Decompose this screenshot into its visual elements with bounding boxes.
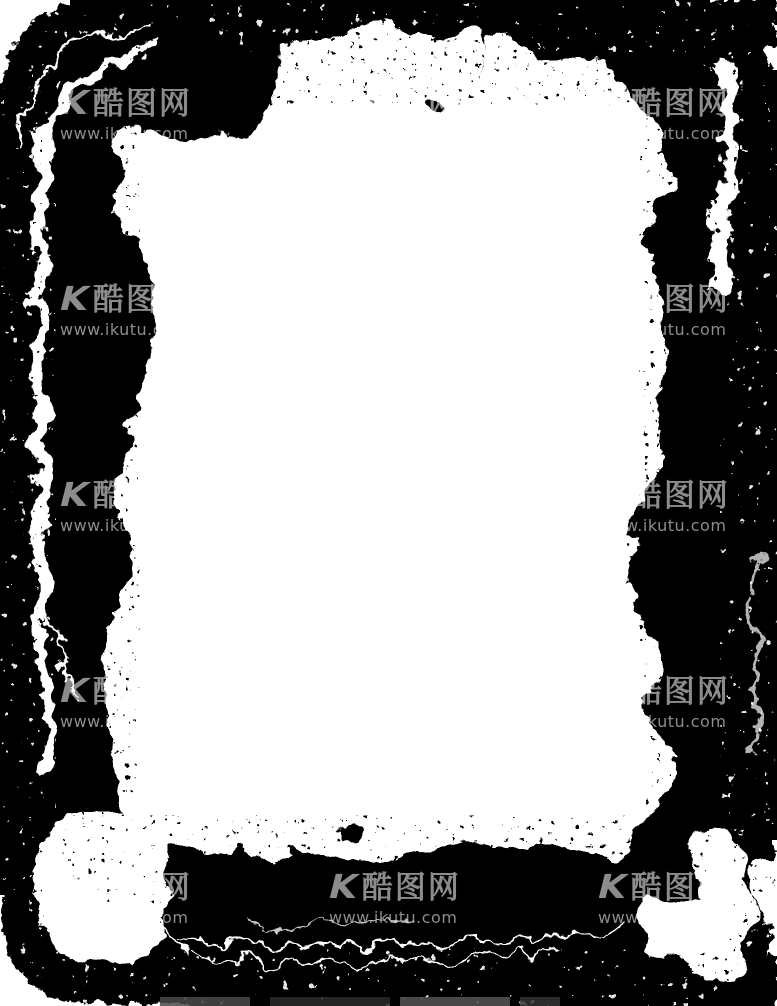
bottom-edge-blocks bbox=[160, 997, 560, 1006]
grunge-frame-graphic bbox=[0, 0, 777, 1006]
grunge-border-image: K酷图网www.ikutu.comK酷图网www.ikutu.comK酷图网ww… bbox=[0, 0, 777, 1006]
